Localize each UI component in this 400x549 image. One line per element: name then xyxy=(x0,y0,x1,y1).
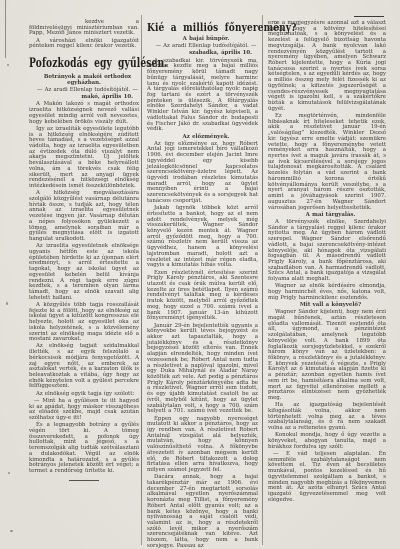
previous-article-tail: kezdve a földmivelésügyi minisztériumban… xyxy=(29,20,139,37)
crosshead-bookkeeper-testimony: Mit vall a könyvelő? xyxy=(268,303,386,309)
paragraph: Az ügy előzménye az, hogy Róbert Antal j… xyxy=(147,142,258,205)
crosshead-todays-hearing: A mai tárgyalás. xyxy=(268,213,386,219)
paragraph: Ezen részletívnél értesítése szerint Pri… xyxy=(147,271,258,322)
paragraph: Az elnökség tagjait szidalmakkal illetté… xyxy=(29,344,139,390)
article-end-rule xyxy=(69,480,99,481)
paragraph: Ha az igazgatóság bejelentését kifogásol… xyxy=(268,403,386,432)
page-edge-line xyxy=(5,0,6,58)
paragraph: Konokul mondja, hogy ő úgy vezette a kön… xyxy=(268,433,386,450)
article-subhead-middle: A bajai bünpör. xyxy=(147,37,258,43)
column-divider-right xyxy=(262,15,263,545)
paragraph: A közgyűlés több tagja rosszallását feje… xyxy=(29,303,139,343)
paragraph: Az elnökség egyik tagja így szólott: xyxy=(29,392,139,398)
paragraph: Wagner Sándor kijelenti, hogy nem érzi m… xyxy=(268,310,386,402)
paragraph: A Makón lakozó s magát orthodox izraelit… xyxy=(29,102,139,125)
column-left: kezdve a földmivelésügyi minisztériumban… xyxy=(29,20,139,481)
scan-speck xyxy=(10,530,13,532)
column-right: erre a megjegyzésre azonnal azt a válasz… xyxy=(268,21,386,505)
paragraph: A hitközség megválasztására szolgáló köz… xyxy=(29,191,139,242)
previous-article-tail: A városházi elnöki igazgatóit pénteken r… xyxy=(29,39,139,50)
scan-speck xyxy=(8,472,10,474)
paragraph: Így az izraeliták egyesülete legutóbb is… xyxy=(29,127,139,190)
column-divider-left xyxy=(141,15,142,545)
paragraph: Az izraelita egyesületnek elnöksége ugya… xyxy=(29,244,139,301)
paragraph: A szabadkai kir. törvényszék ma, szerdán… xyxy=(147,59,258,133)
paragraph: Éppen egy nagyobb nyereséget mutatott ki… xyxy=(147,417,258,474)
paragraph: A törvényszék elnöke, Szerdahelyi Sándor… xyxy=(268,220,386,283)
newspaper-page: kezdve a földmivelésügyi minisztériumban… xyxy=(0,0,400,549)
dateline-middle: szabadka, április 10. xyxy=(147,51,258,57)
article-headline-left: Pofozkodás egy gyűlésen. xyxy=(29,56,106,71)
paragraph: Január 29-én bejelentették ugyanis a kön… xyxy=(147,324,258,416)
paragraph: És a legnagyobb botrány a gyűlés végén t… xyxy=(29,423,139,474)
byline-left: — Az aradi Ellenlap tudósítójától. — xyxy=(29,88,139,94)
quote-paragraph: — Mint ha a gyűlésen te itt hagyod ki az… xyxy=(29,399,139,422)
scan-speck xyxy=(6,302,8,305)
quote-paragraph: — E vád teljesen alaptalan. Én semmiféle… xyxy=(268,452,386,503)
scan-speck xyxy=(7,64,9,66)
paragraph: Dacára annak, hogy a bajai takarékpénztá… xyxy=(147,475,258,549)
paragraph: Wagner az elnök kérdésére elmondja, hogy… xyxy=(268,284,386,301)
article-subhead-left: Botrányok a makói orthodox egyházban. xyxy=(29,75,139,86)
paragraph: Ez megtörténvén, mindenféle hibásaknak í… xyxy=(268,114,386,211)
crosshead-antecedents: Az előzmények. xyxy=(147,135,258,141)
column-top-rule xyxy=(354,16,384,17)
continued-paragraph: erre a megjegyzésre azonnal azt a válasz… xyxy=(268,21,386,113)
column-middle: Kié a milliós főnyeremény? A bajai bünpö… xyxy=(147,20,258,549)
article-headline-middle: Kié a milliós főnyeremény? xyxy=(147,20,234,34)
paragraph: Jakab ügynök többek közt arról értesítet… xyxy=(147,206,258,269)
